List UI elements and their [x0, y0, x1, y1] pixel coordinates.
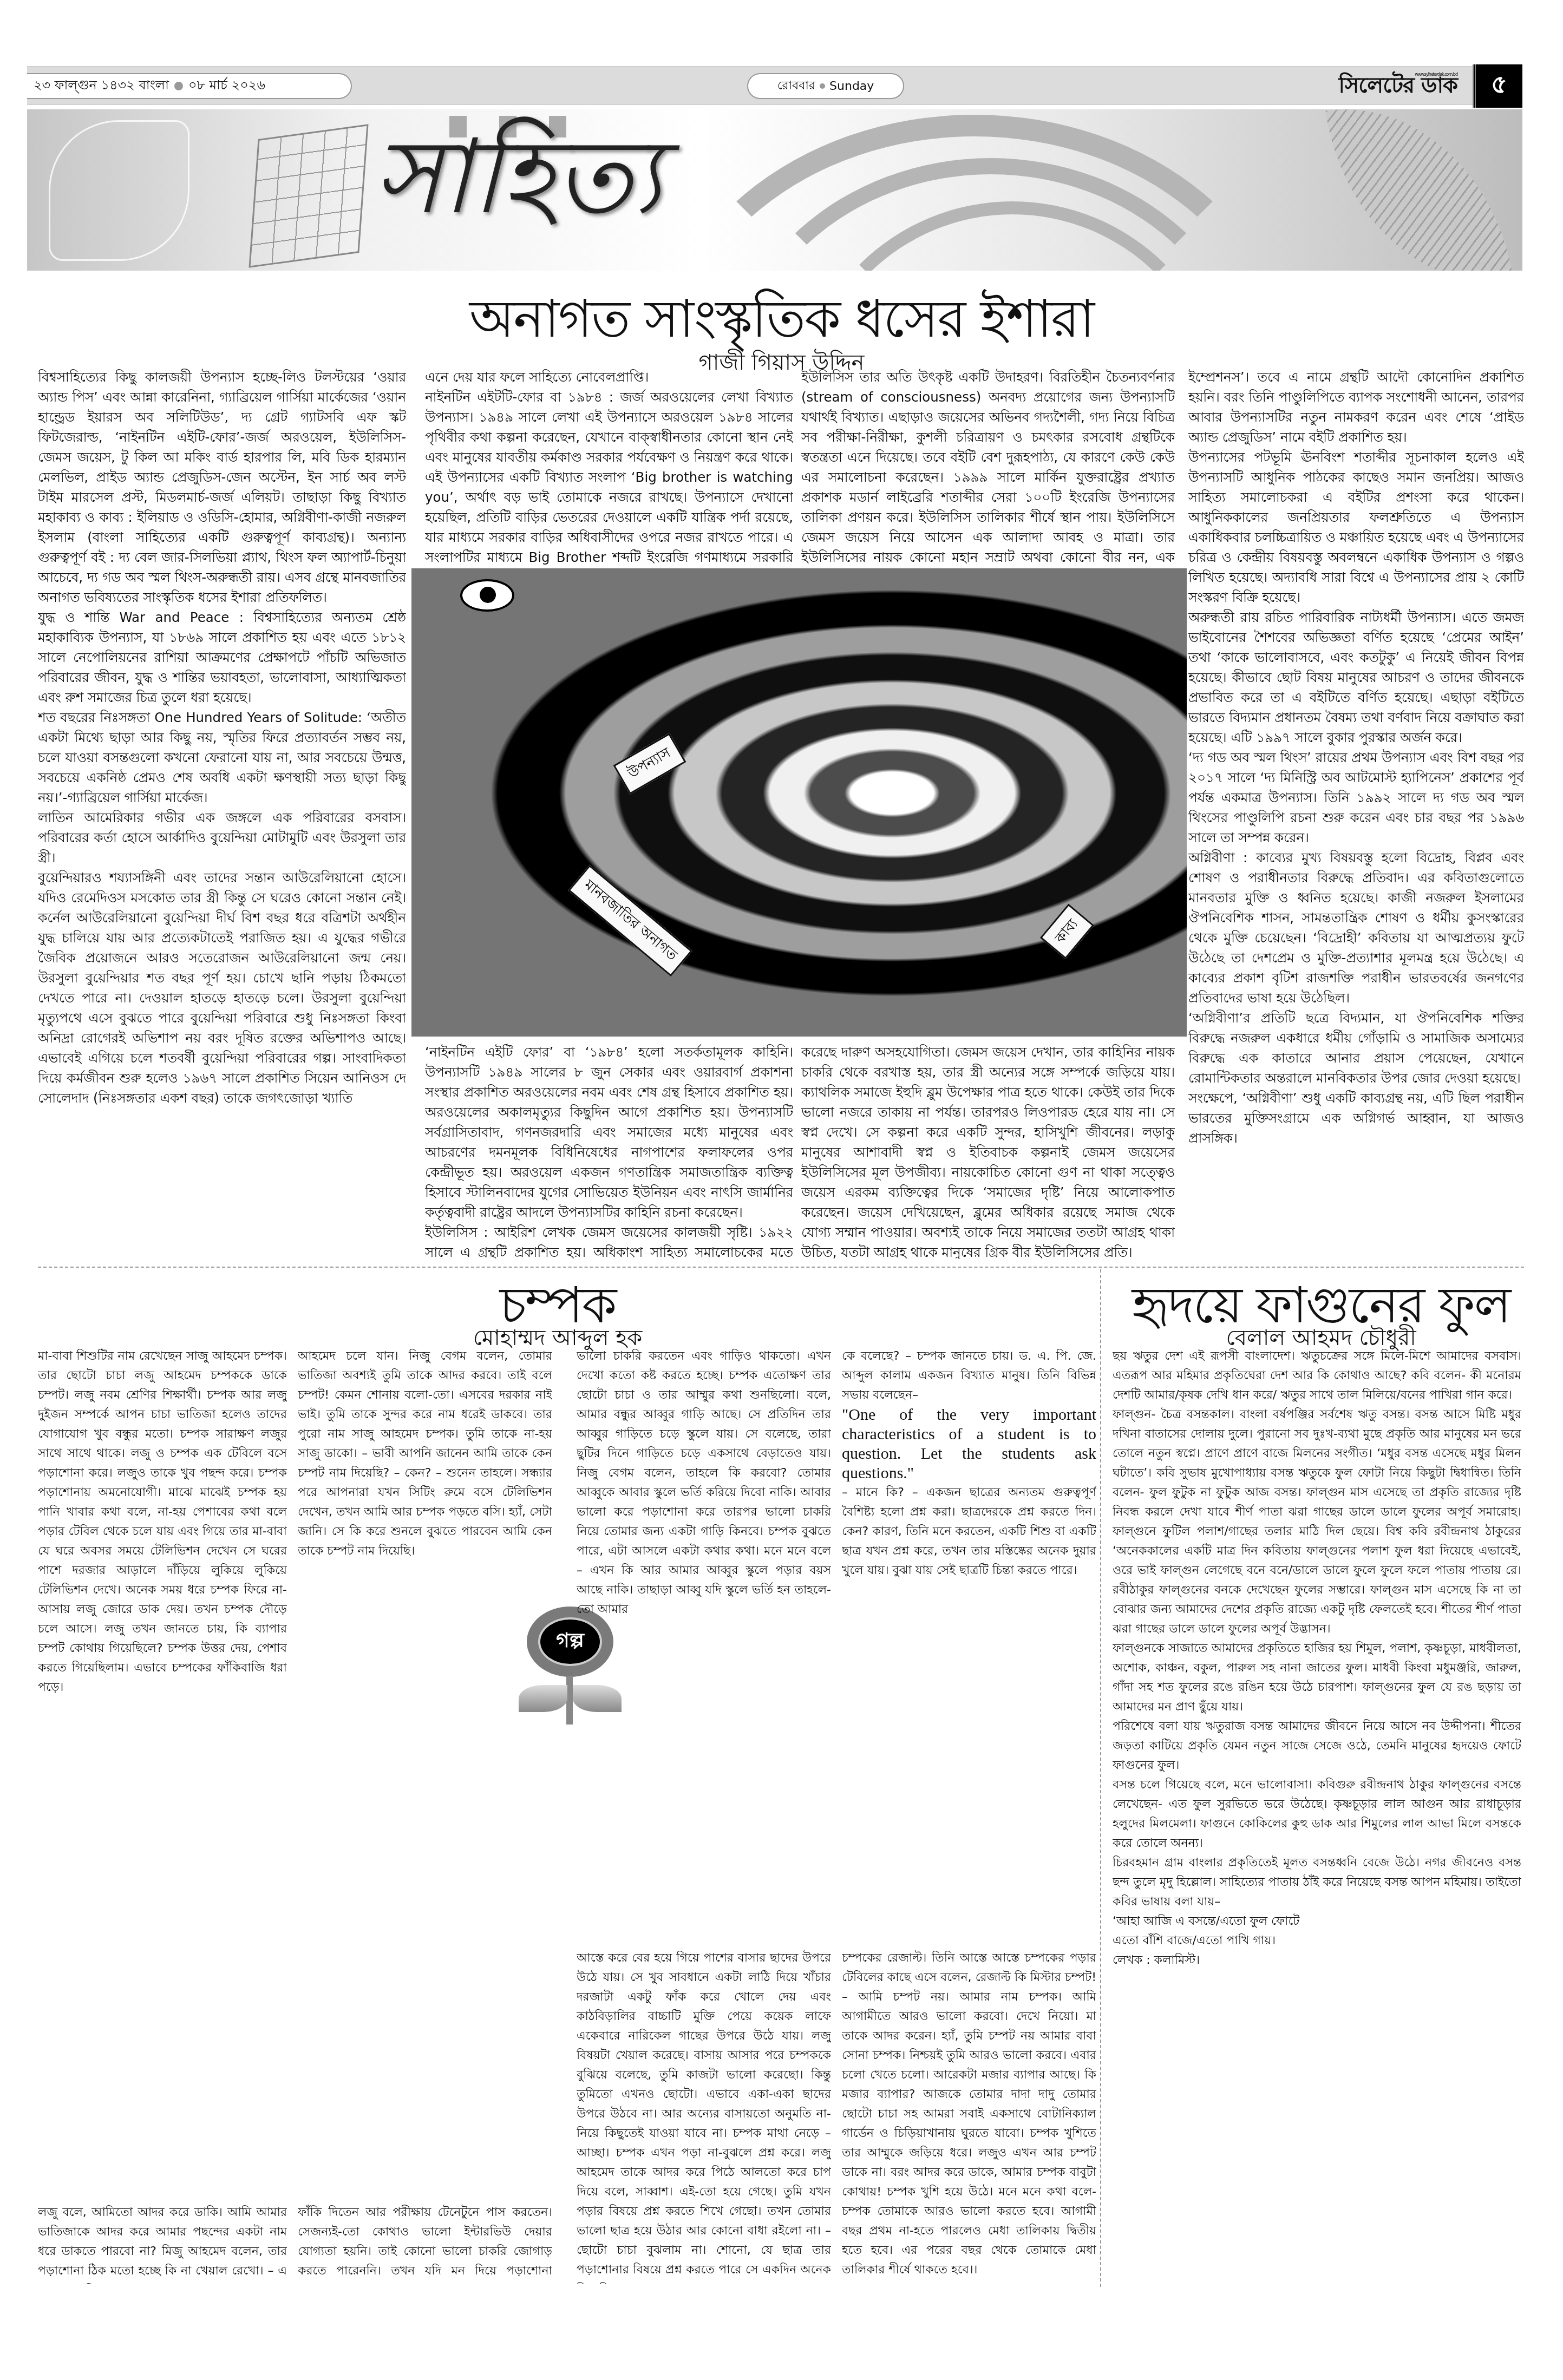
book-label: কাব্য [1040, 904, 1094, 959]
story-column-3: ভালো চাকরি করতেন এবং গাড়িও থাকতো। এখন দ… [577, 1347, 831, 1948]
leaf-icon [1325, 109, 1513, 271]
story-column-2-lower: ফাঁকি দিতেন আর পরীক্ষায় টেনেটুনে পাস কর… [298, 2203, 552, 2284]
article-illustration: উপন্যাস মানবজাতির অনাগত কাব্য [411, 568, 1187, 1037]
day-pill: রোববার Sunday [747, 73, 904, 99]
date-pill: ২৩ ফাল্গুন ১৪৩২ বাংলা ০৮ মার্চ ২০২৬ [27, 73, 352, 99]
story-column-4-lower: চম্পকের রেজাল্ট। তিনি আস্তে আস্তে চম্পকে… [842, 1949, 1096, 2284]
book-label: মানবজাতির অনাগত [568, 864, 692, 976]
newspaper-logo: সিলেটের ডাক www.sylheterdak.com.bd [1338, 71, 1457, 101]
article-column-1: বিশ্বসাহিত্যের কিছু কালজয়ী উপন্যাস হচ্ছ… [38, 367, 406, 1260]
article-column-4: ইম্প্রেশনস’। তবে এ নামে গ্রন্থটি আদৌ কোন… [1188, 367, 1524, 1260]
story-column-4: কে বলেছে? – চম্পক জানতে চায়। ড. এ. পি. … [842, 1347, 1096, 1948]
leaf-icon [519, 1685, 567, 1712]
book-label: উপন্যাস [613, 733, 686, 795]
story-2-body: ছয় ঋতুর দেশ এই রূপসী বাংলাদেশ। ঋতুচক্রে… [1113, 1347, 1521, 2289]
article-column-2-bottom: ‘নাইনটিন এইটি ফোর’ বা ‘১৯৮৪’ হলো সতর্কতা… [425, 1042, 793, 1258]
story-column-1: মা-বাবা শিশুটির নাম রেখেছেন সাজু আহমেদ চ… [38, 1347, 287, 2202]
section-banner: সাহিত্য [27, 109, 1522, 271]
story-column-2: আহমেদ চলে যান। নিজু বেগম বলেন, তোমার ভাত… [298, 1347, 552, 1601]
day-english: Sunday [829, 80, 874, 93]
day-bangla: রোববার [777, 76, 815, 96]
quote-english: "One of the very important characteristi… [842, 1405, 1096, 1483]
eye-icon [460, 579, 514, 612]
section-title: সাহিত্য [374, 126, 662, 228]
date-english: ০৮ মার্চ ২০২৬ [188, 75, 265, 97]
newspaper-url: www.sylheterdak.com.bd [1415, 72, 1457, 77]
date-bangla: ২৩ ফাল্গুন ১৪৩২ বাংলা [34, 75, 169, 97]
decorative-swirl-icon [49, 120, 189, 261]
kite-icon [248, 124, 368, 267]
masthead: ২৩ ফাল্গুন ১৪৩২ বাংলা ০৮ মার্চ ২০২৬ রোবব… [27, 66, 1522, 105]
story-column-1-lower: লজু বলে, আমিতো আদর করে ডাকি। আমি আমার ভা… [38, 2203, 287, 2284]
article-column-2-top: এনে দেয় যার ফলে সাহিত্যে নোবেলপ্রাপ্তি।… [425, 367, 793, 567]
column-divider [1100, 1269, 1101, 2287]
story-column-3-lower: আস্তে করে বের হয়ে গিয়ে পাশের বাসার ছাদ… [577, 1949, 831, 2284]
dot-separator-icon [820, 83, 825, 89]
dot-separator-icon [174, 82, 183, 90]
article-column-3-bottom: করেছে দারুণ অসহযোগিতা। জেমস জয়েস দেখান,… [801, 1042, 1175, 1258]
article-column-3-top: ইউলিসিস তার অতি উৎকৃষ্ট একটি উদাহরণ। বির… [801, 367, 1175, 567]
page-number: ৫ [1473, 64, 1522, 108]
